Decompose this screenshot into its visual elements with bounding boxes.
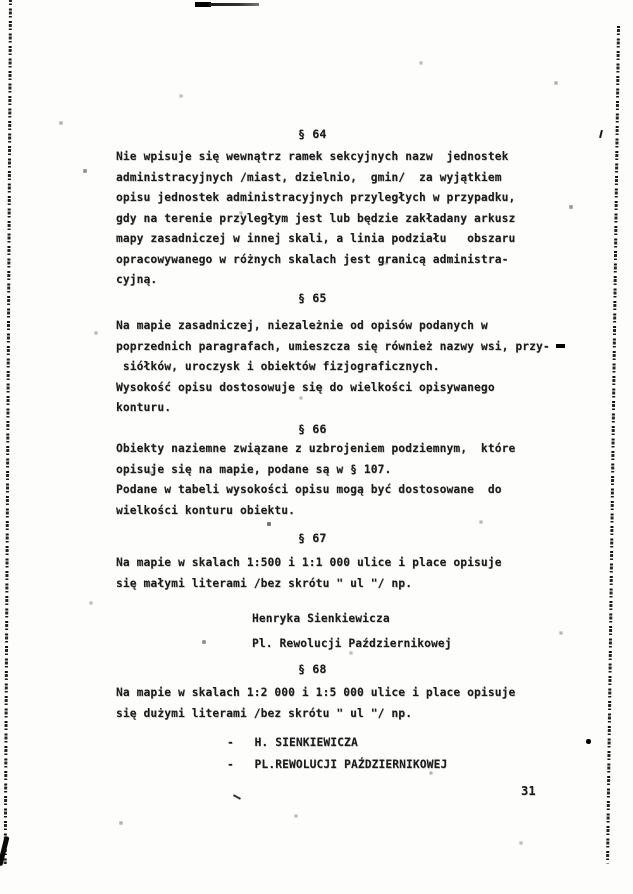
scan-mark-slash xyxy=(233,794,241,799)
scan-noise-speckles xyxy=(0,0,2,2)
section-68-street-name-list: - H. SIENKIEWICZA - PL.REWOLUCJI PAŹDZIE… xyxy=(227,732,447,776)
section-66-body: Obiekty naziemne związane z uzbrojeniem … xyxy=(116,439,515,521)
scan-mark-dash xyxy=(556,344,565,348)
section-68-body: Na mapie w skalach 1:2 000 i 1:5 000 uli… xyxy=(116,683,515,724)
page-number: 31 xyxy=(521,781,536,802)
section-64-heading: § 64 xyxy=(298,124,327,145)
section-67-body: Na mapie w skalach 1:500 i 1:1 000 ulice… xyxy=(116,553,502,594)
section-68-heading: § 68 xyxy=(298,659,327,680)
scan-edge-right-line xyxy=(606,26,619,864)
scan-mark-dot xyxy=(586,739,591,744)
section-65-heading: § 65 xyxy=(298,288,327,309)
section-64-body: Nie wpisuje się wewnątrz ramek sekcyjnyc… xyxy=(116,147,515,291)
section-67-street-name-example: Henryka Sienkiewicza Pl. Rewolucji Paźdz… xyxy=(252,607,452,656)
scan-edge-left-line xyxy=(4,0,12,864)
scan-mark-top-thin xyxy=(209,3,259,6)
document-page: § 64 Nie wpisuje się wewnątrz ramek sekc… xyxy=(0,0,633,894)
scan-mark-tick xyxy=(599,130,603,138)
section-67-heading: § 67 xyxy=(298,528,327,549)
section-66-heading: § 66 xyxy=(298,419,327,440)
section-65-body: Na mapie zasadniczej, niezależnie od opi… xyxy=(116,316,550,419)
